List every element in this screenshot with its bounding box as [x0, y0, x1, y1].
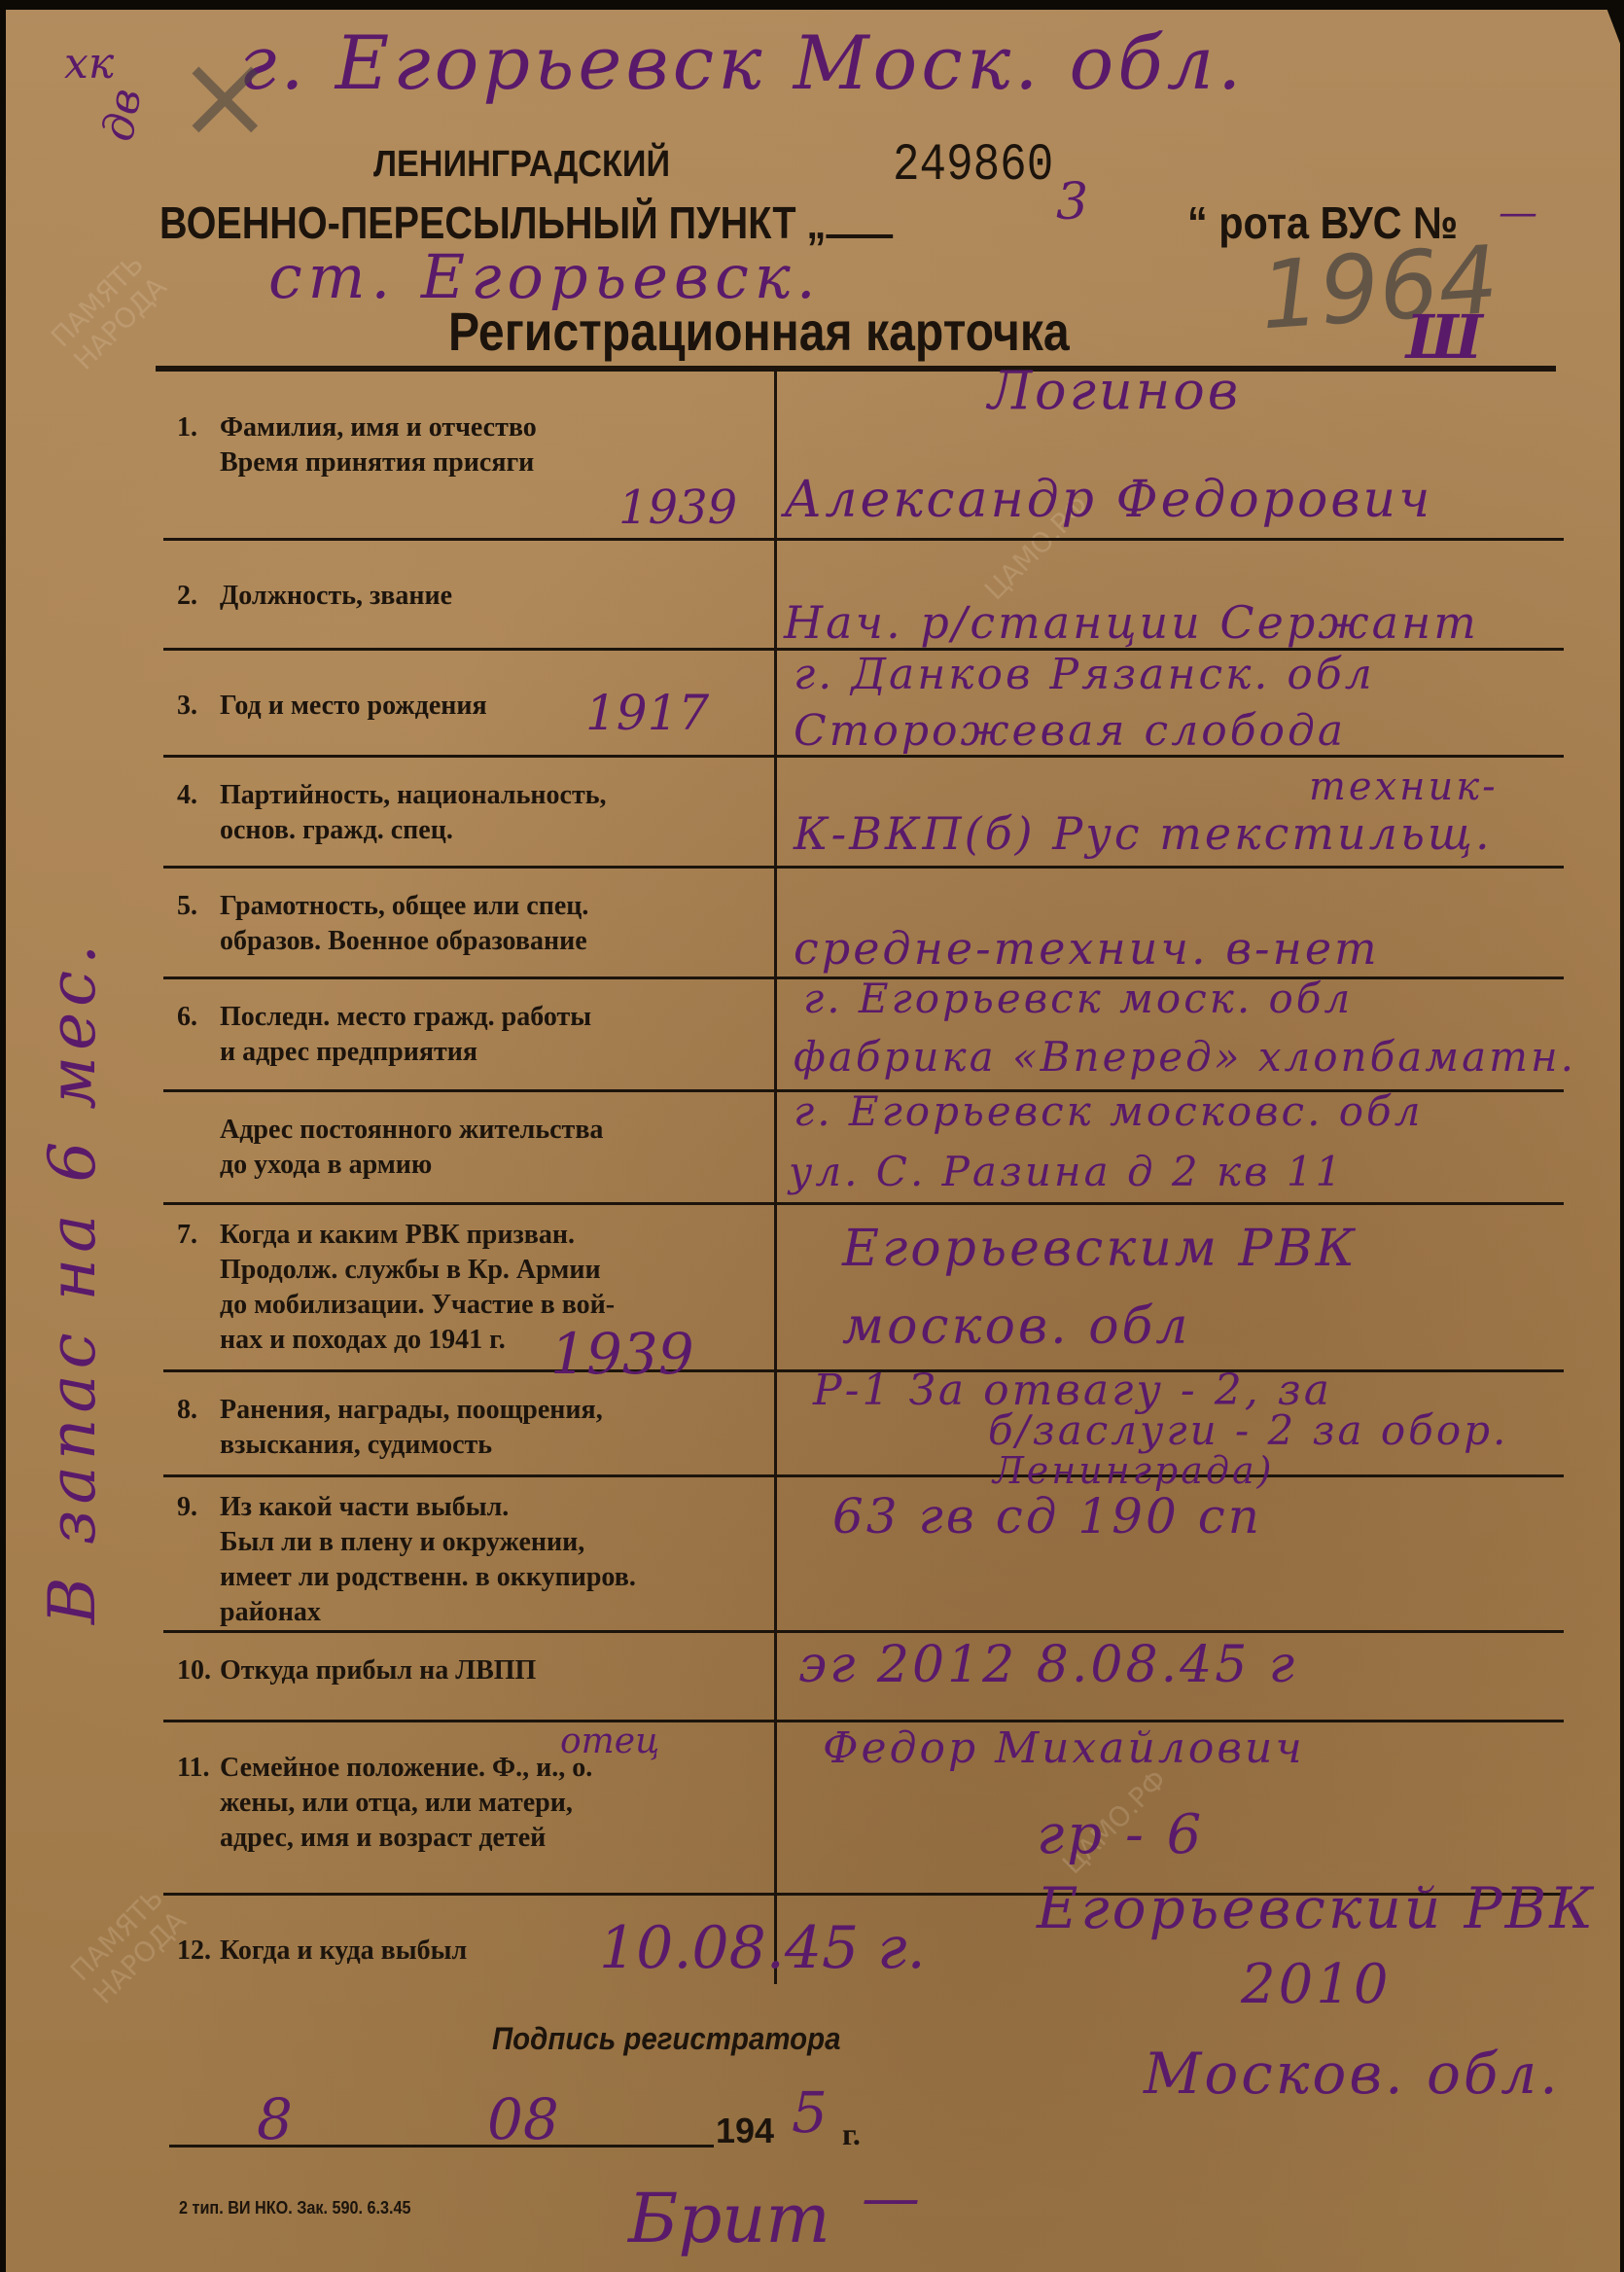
- date-line: [169, 2145, 714, 2148]
- field-label-text: Партийность, национальность,: [220, 780, 607, 810]
- field-value: 63 гв сд 190 сп: [832, 1488, 1262, 1544]
- field-label-text: Время принятия присяги: [220, 447, 534, 478]
- field-label-text: Последн. место гражд. работы: [220, 1002, 591, 1032]
- field-value: средне-технич. в-нет: [794, 922, 1380, 975]
- field-number: 10.: [177, 1653, 220, 1688]
- field-value: ул. С. Разина д 2 кв 11: [789, 1148, 1344, 1195]
- annotation-destination: г. Егорьевск Моск. обл.: [239, 19, 1245, 106]
- field-value: фабрика «Вперед» хлопбаматн.: [794, 1033, 1576, 1081]
- field-value: б/заслуги - 2 за обор.: [988, 1406, 1508, 1454]
- date-year-g: г.: [842, 2116, 861, 2152]
- registration-card-paper: ПАМЯТЬНАРОДА ЦАМО.РФ ЦАМО.РФ ПАМЯТЬНАРОД…: [6, 10, 1620, 2272]
- field-label-text: жены, или отца, или матери,: [220, 1788, 573, 1818]
- field-label-text: Грамотность, общее или спец.: [220, 891, 588, 921]
- field-value: Егорьевским РВК: [842, 1220, 1358, 1278]
- field-value: гр - 6: [1037, 1803, 1204, 1866]
- field-label-text: Ранения, награды, поощрения,: [220, 1395, 603, 1425]
- signature-label: Подпись регистратора: [492, 2021, 840, 2057]
- field-number: 7.: [177, 1218, 220, 1253]
- vus-value: —: [1499, 191, 1537, 235]
- pencil-crossed-number: ⨯: [176, 29, 274, 164]
- field-label-6: 6.Последн. место гражд. работыи адрес пр…: [177, 1000, 591, 1070]
- row-divider: [163, 866, 1564, 869]
- field-value: эг 2012 8.08.45 г: [798, 1636, 1297, 1694]
- document-title: Регистрационная карточка: [448, 300, 1070, 363]
- row-divider: [163, 1630, 1564, 1633]
- side-annotation: В запас на 6 мес.: [35, 939, 110, 1624]
- field-inline-value: отец: [560, 1722, 659, 1761]
- field-inline-value: 1917: [585, 685, 709, 741]
- field-value: техник-: [1309, 764, 1499, 809]
- field-label-text: районах: [220, 1597, 321, 1627]
- field-label-9: 9.Из какой части выбыл.Был ли в плену и …: [177, 1490, 636, 1630]
- field-value: Москов. обл.: [1144, 2041, 1561, 2107]
- field-label-text: Год и место рождения: [220, 691, 487, 721]
- field-label-text: Когда и куда выбыл: [220, 1935, 467, 1966]
- field-number: 9.: [177, 1490, 220, 1525]
- date-year-suffix: 5: [792, 2079, 828, 2146]
- field-label-1: 1.Фамилия, имя и отчествоВремя принятия …: [177, 410, 537, 480]
- field-label-text: Был ли в плену и окружении,: [220, 1527, 584, 1557]
- field-label-text: нах и походах до 1941 г.: [220, 1325, 506, 1355]
- field-label-address: Адрес постоянного жительствадо ухода в а…: [177, 1113, 603, 1183]
- field-value: Сторожевая слобода: [794, 706, 1346, 756]
- field-number: 8.: [177, 1393, 220, 1428]
- field-value: Ленинграда): [993, 1449, 1274, 1492]
- field-label-10: 10.Откуда прибыл на ЛВПП: [177, 1653, 536, 1688]
- annotation-prefix-xk: хк: [64, 39, 114, 89]
- field-label-text: Должность, звание: [220, 581, 452, 611]
- field-label-7: 7.Когда и каким РВК призван.Продолж. слу…: [177, 1218, 615, 1358]
- field-label-text: Продолж. службы в Кр. Армии: [220, 1255, 601, 1285]
- field-value: г. Данков Рязанск. обл: [794, 650, 1375, 699]
- field-label-12: 12.Когда и куда выбыл: [177, 1934, 467, 1969]
- field-number: 11.: [177, 1751, 220, 1786]
- field-label-text: Семейное положение. Ф., и., о.: [220, 1753, 592, 1783]
- printer-info: 2 тип. ВИ НКО. Зак. 590. 6.3.45: [179, 2198, 411, 2219]
- field-number: 3.: [177, 689, 220, 724]
- field-inline-value: 1939: [550, 1321, 694, 1387]
- field-value: Логинов: [988, 360, 1241, 421]
- table-column-divider: [774, 370, 777, 1984]
- field-number: 6.: [177, 1000, 220, 1035]
- row-divider: [163, 1720, 1564, 1722]
- field-label-text: взыскания, судимость: [220, 1430, 492, 1460]
- field-number: 2.: [177, 579, 220, 614]
- registrar-signature: Брит: [628, 2179, 830, 2258]
- field-label-5: 5.Грамотность, общее или спец.образов. В…: [177, 889, 588, 959]
- field-label-text: Адрес постоянного жительства: [220, 1115, 603, 1145]
- field-value: москов. обл: [842, 1297, 1190, 1356]
- field-label-3: 3.Год и место рождения: [177, 689, 487, 724]
- table-top-rule: [156, 366, 1556, 372]
- field-label-8: 8.Ранения, награды, поощрения,взыскания,…: [177, 1393, 603, 1463]
- field-label-text: Фамилия, имя и отчество: [220, 412, 537, 443]
- annotation-prefix-dv: дв: [93, 85, 152, 145]
- field-label-text: имеет ли родственн. в оккупиров.: [220, 1562, 636, 1592]
- company-number: 3: [1056, 173, 1088, 231]
- field-value: Александр Федорович: [784, 471, 1432, 529]
- header-point-name: ВОЕННО-ПЕРЕСЫЛЬНЫЙ ПУНКТ „: [159, 196, 893, 249]
- field-value: 2010: [1241, 1953, 1392, 2016]
- field-label-text: основ. гражд. спец.: [220, 815, 453, 845]
- field-label-text: адрес, имя и возраст детей: [220, 1823, 546, 1853]
- field-value: г. Егорьевск моск. обл: [803, 975, 1353, 1022]
- field-value: г. Егорьевск московс. обл: [794, 1087, 1423, 1135]
- field-label-text: образов. Военное образование: [220, 926, 587, 956]
- field-number: 1.: [177, 410, 220, 445]
- field-label-text: до ухода в армию: [220, 1150, 432, 1180]
- serial-number-stamp: 249860: [893, 136, 1053, 195]
- field-label-2: 2.Должность, звание: [177, 579, 452, 614]
- field-value: Егорьевский РВК: [1037, 1875, 1596, 1941]
- field-number: 5.: [177, 889, 220, 924]
- field-value: Нач. р/станции Сержант: [784, 596, 1479, 649]
- field-inline-value: 10.08.45 г.: [599, 1914, 926, 1982]
- field-label-text: Из какой части выбыл.: [220, 1492, 509, 1522]
- row-divider: [163, 538, 1564, 541]
- field-value: К-ВКП(б) Рус текстильщ.: [794, 807, 1493, 860]
- field-label-text: Когда и каким РВК призван.: [220, 1220, 575, 1250]
- field-label-text: до мобилизации. Участие в вой-: [220, 1290, 615, 1320]
- field-label-text: Откуда прибыл на ЛВПП: [220, 1655, 536, 1686]
- date-day: 8: [257, 2086, 293, 2152]
- field-label-text: и адрес предприятия: [220, 1037, 477, 1067]
- field-number: 4.: [177, 778, 220, 813]
- watermark: ПАМЯТЬНАРОДА: [45, 248, 173, 376]
- row-divider: [163, 1474, 1564, 1477]
- watermark: ПАМЯТЬНАРОДА: [64, 1882, 193, 2010]
- field-inline-value: 1939: [618, 480, 737, 535]
- ink-mark: Ш: [1406, 302, 1483, 373]
- field-value: Федор Михайлович: [823, 1723, 1305, 1773]
- header-city: ЛЕНИНГРАДСКИЙ: [373, 144, 670, 186]
- signature-dash: —: [862, 2164, 920, 2232]
- date-year-prefix: 194: [716, 2111, 774, 2151]
- field-label-11: 11.Семейное положение. Ф., и., о.жены, и…: [177, 1751, 592, 1856]
- row-divider: [163, 1202, 1564, 1205]
- field-label-4: 4.Партийность, национальность,основ. гра…: [177, 778, 607, 848]
- field-number: 12.: [177, 1934, 220, 1969]
- date-month: 08: [487, 2086, 559, 2152]
